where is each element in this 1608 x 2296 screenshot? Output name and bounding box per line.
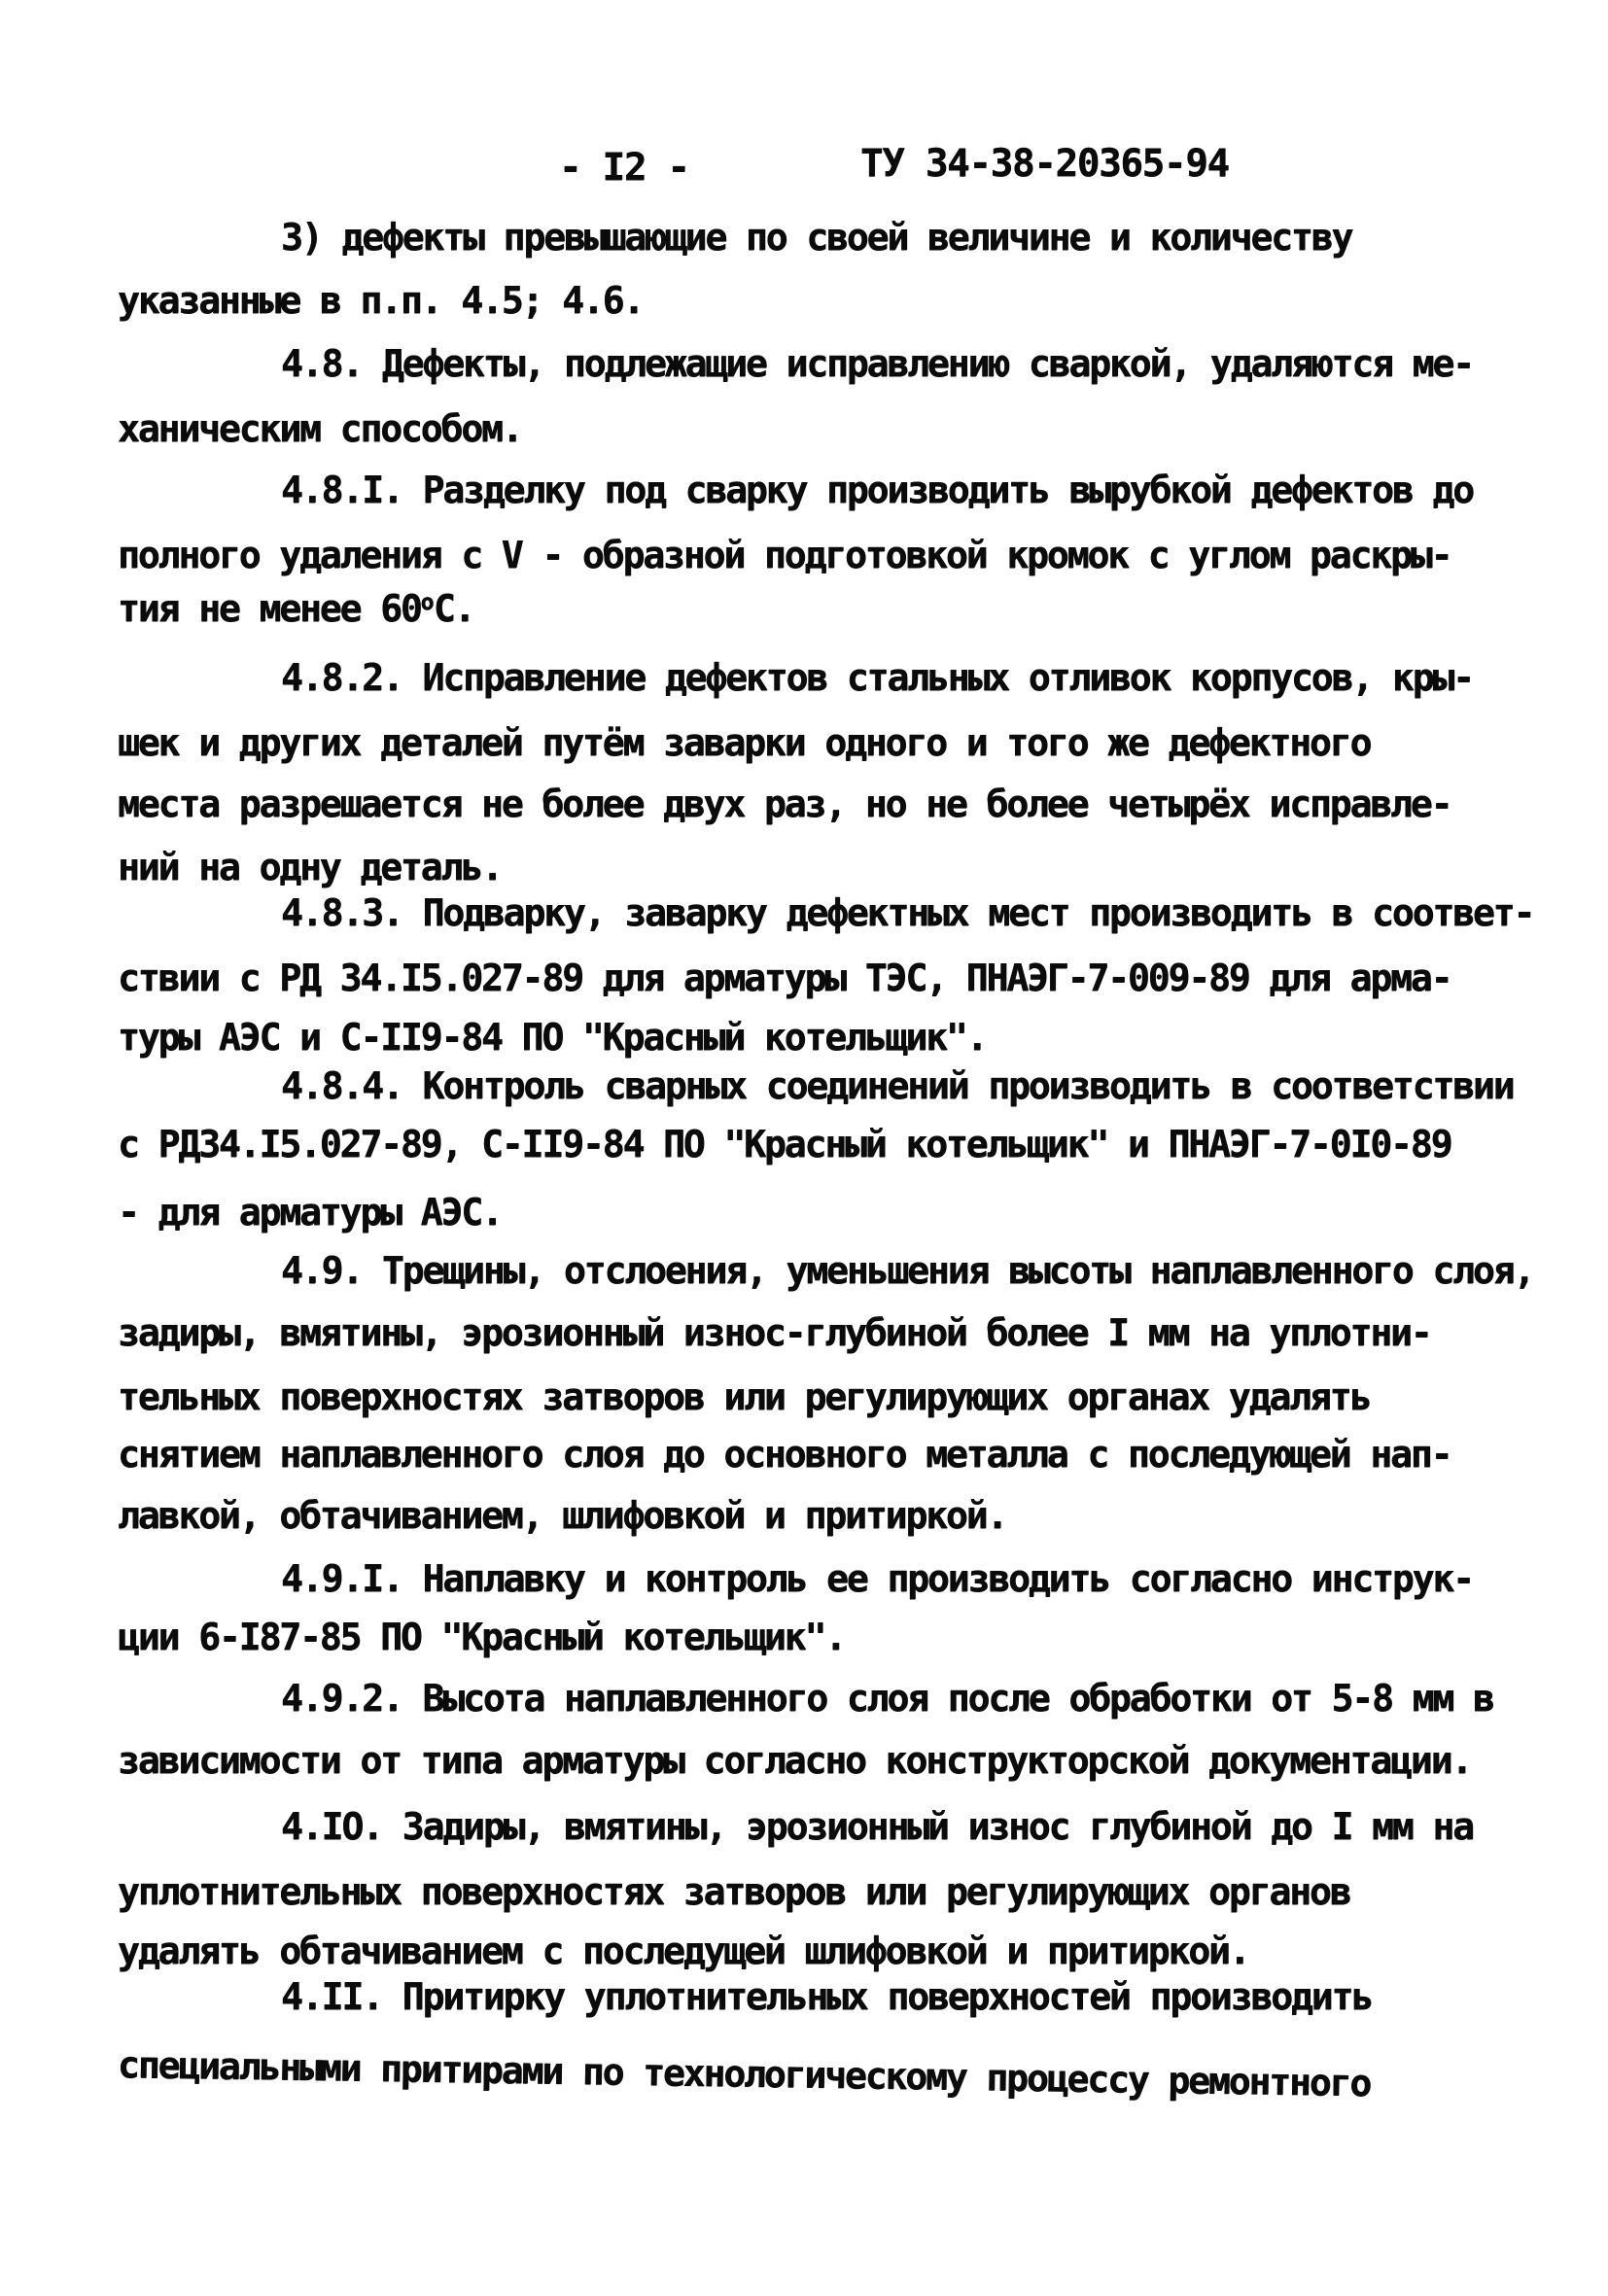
text-line: задиры, вмятины, эрозионный износ-глубин… <box>118 1311 1431 1354</box>
text-line: 4.8.4. Контроль сварных соединений произ… <box>281 1064 1513 1107</box>
text-segment: тия не менее 60 <box>118 587 421 630</box>
text-line: 4.8. Дефекты, подлежащие исправлению сва… <box>281 342 1473 385</box>
text-line: 4.8.3. Подварку, заварку дефектных мест … <box>281 891 1533 934</box>
text-line: 4.II. Притирку уплотнительных поверхност… <box>281 1975 1372 2018</box>
doc-number: ТУ 34-38-20365-94 <box>860 142 1229 186</box>
text-line: места разрешается не более двух раз, но … <box>118 783 1451 825</box>
text-line: специальными притирами по технологическо… <box>118 2043 1371 2105</box>
text-line: шек и других деталей путём заварки одног… <box>118 721 1370 764</box>
text-line: ствии с РД 34.I5.027-89 для арматуры ТЭС… <box>118 957 1451 999</box>
page-number: - I2 - <box>559 146 689 190</box>
text-line: 4.8.2. Исправление дефектов стальных отл… <box>281 656 1473 699</box>
text-line: 3) дефекты превышающие по своей величине… <box>281 216 1351 259</box>
text-line: лавкой, обтачиванием, шлифовкой и притир… <box>118 1494 1006 1537</box>
document-page: - I2 - ТУ 34-38-20365-94 3) дефекты прев… <box>0 0 1608 2296</box>
text-line: тельных поверхностях затворов или регули… <box>118 1375 1370 1418</box>
text-line: удалять обтачиванием с последущей шлифов… <box>118 1930 1249 1972</box>
text-line: 4.8.I. Разделку под сварку производить в… <box>281 469 1473 511</box>
text-line: полного удаления с V - образной подготов… <box>118 534 1451 576</box>
text-line: ции 6-I87-85 ПО "Красный котельщик". <box>118 1616 845 1658</box>
text-line: зависимости от типа арматуры согласно ко… <box>118 1739 1471 1782</box>
text-line: 4.9.I. Наплавку и контроль ее производит… <box>281 1557 1473 1600</box>
text-line: тия не менее 60оС. <box>118 587 473 630</box>
text-line: с РД34.I5.027-89, С-II9-84 ПО "Красный к… <box>118 1123 1451 1165</box>
degree-superscript: о <box>421 590 434 615</box>
text-line: - для арматуры АЭС. <box>118 1191 502 1234</box>
text-line: ханическим способом. <box>118 407 522 450</box>
text-line: ний на одну деталь. <box>118 846 502 888</box>
text-line: 4.IO. Задиры, вмятины, эрозионный износ … <box>281 1805 1473 1848</box>
text-line: 4.9. Трещины, отслоения, уменьшения высо… <box>281 1249 1533 1292</box>
text-line: указанные в п.п. 4.5; 4.6. <box>118 279 643 322</box>
text-line: снятием наплавленного слоя до основного … <box>118 1433 1451 1476</box>
text-line: уплотнительных поверхностях затворов или… <box>118 1870 1349 1913</box>
text-segment: С. <box>434 587 474 630</box>
text-line: туры АЭС и С-II9-84 ПО "Красный котельщи… <box>118 1016 986 1059</box>
text-line: 4.9.2. Высота наплавленного слоя после о… <box>281 1677 1493 1720</box>
